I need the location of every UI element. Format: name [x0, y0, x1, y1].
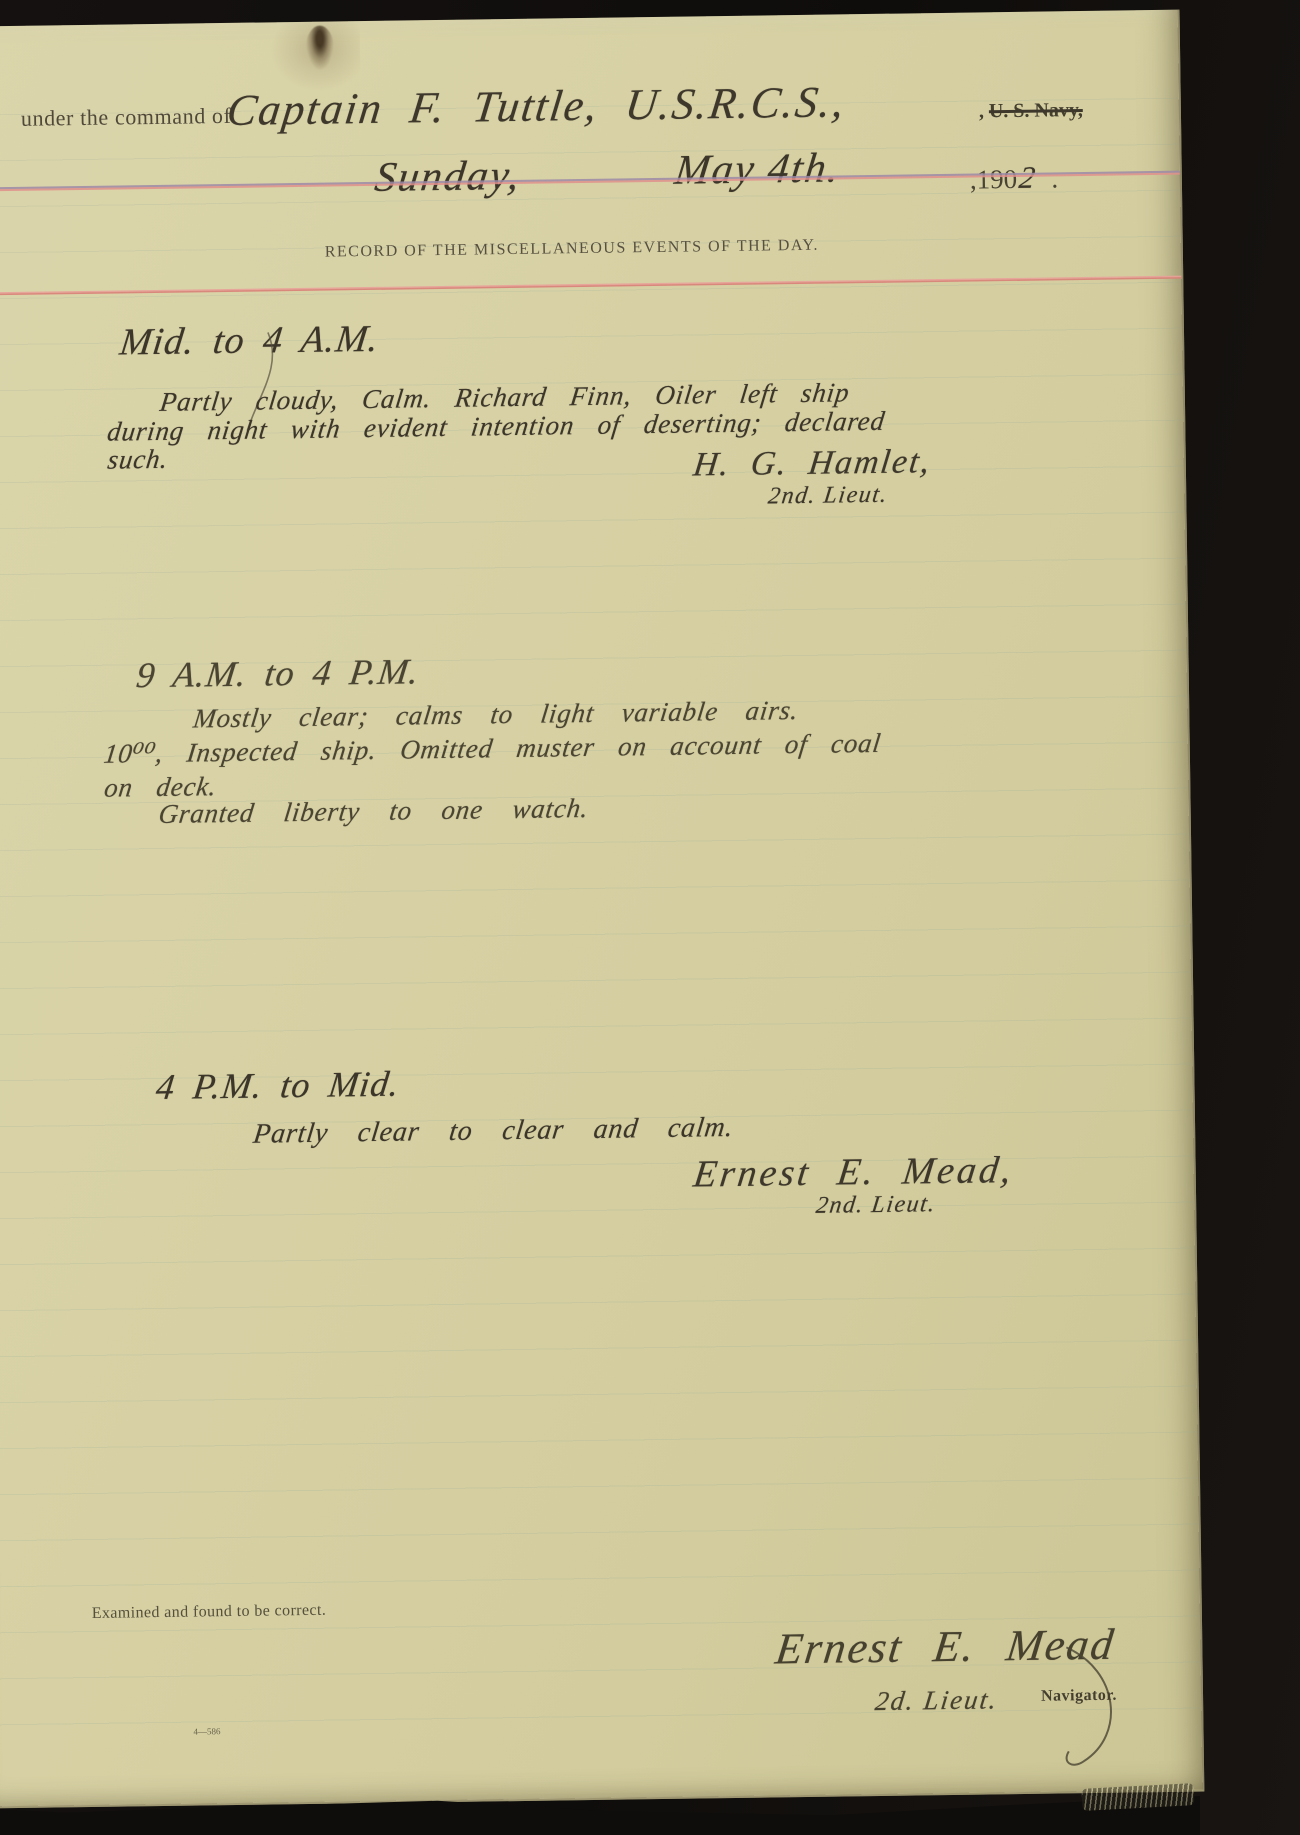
- ink-blot: [306, 25, 335, 69]
- year-printed-digits: ,190: [970, 164, 1018, 195]
- log-line: Mostly clear; calms to light variable ai…: [192, 695, 801, 735]
- watch-heading: 9 A.M. to 4 P.M.: [134, 650, 422, 696]
- log-page: under the command of Captain F. Tuttle, …: [0, 10, 1204, 1809]
- date-month-script: May 4th.: [672, 144, 843, 194]
- officer-signature: Ernest E. Mead,: [691, 1148, 1016, 1197]
- struck-navy-text: , U. S. Navy,: [979, 99, 1083, 123]
- struck-navy-comma: ,: [979, 100, 984, 122]
- date-day-script: Sunday,: [372, 152, 524, 202]
- struck-navy-label: U. S. Navy,: [989, 99, 1083, 122]
- year-digit-script: 2: [1017, 160, 1037, 196]
- commander-name-script: Captain F. Tuttle, U.S.R.C.S.,: [224, 76, 849, 136]
- form-number: 4—586: [193, 1726, 220, 1736]
- officer-title: 2nd. Lieut.: [814, 1191, 937, 1220]
- officer-title: 2nd. Lieut.: [766, 482, 889, 511]
- year-period: .: [1051, 163, 1058, 193]
- navigator-label: Navigator.: [1041, 1687, 1117, 1706]
- section-title: RECORD OF THE MISCELLANEOUS EVENTS OF TH…: [325, 237, 805, 262]
- screenshot-root: { "header": { "printed_prefix": "under t…: [0, 0, 1300, 1835]
- navigator-signature-title: 2d. Lieut.: [873, 1684, 1000, 1717]
- log-line: such.: [106, 444, 170, 476]
- signature-flourish: [1052, 1638, 1134, 1774]
- rule-bottom: [0, 276, 1181, 296]
- command-prefix-label: under the command of: [21, 103, 232, 132]
- log-line: Partly clear to clear and calm.: [251, 1112, 735, 1151]
- officer-signature: H. G. Hamlet,: [691, 443, 933, 484]
- watch-heading: 4 P.M. to Mid.: [154, 1063, 403, 1108]
- log-line: 10⁰⁰, Inspected ship. Omitted muster on …: [102, 728, 883, 770]
- log-line: Granted liberty to one watch.: [157, 793, 591, 830]
- examined-label: Examined and found to be correct.: [92, 1602, 327, 1623]
- year-label: ,1902 .: [970, 159, 1059, 196]
